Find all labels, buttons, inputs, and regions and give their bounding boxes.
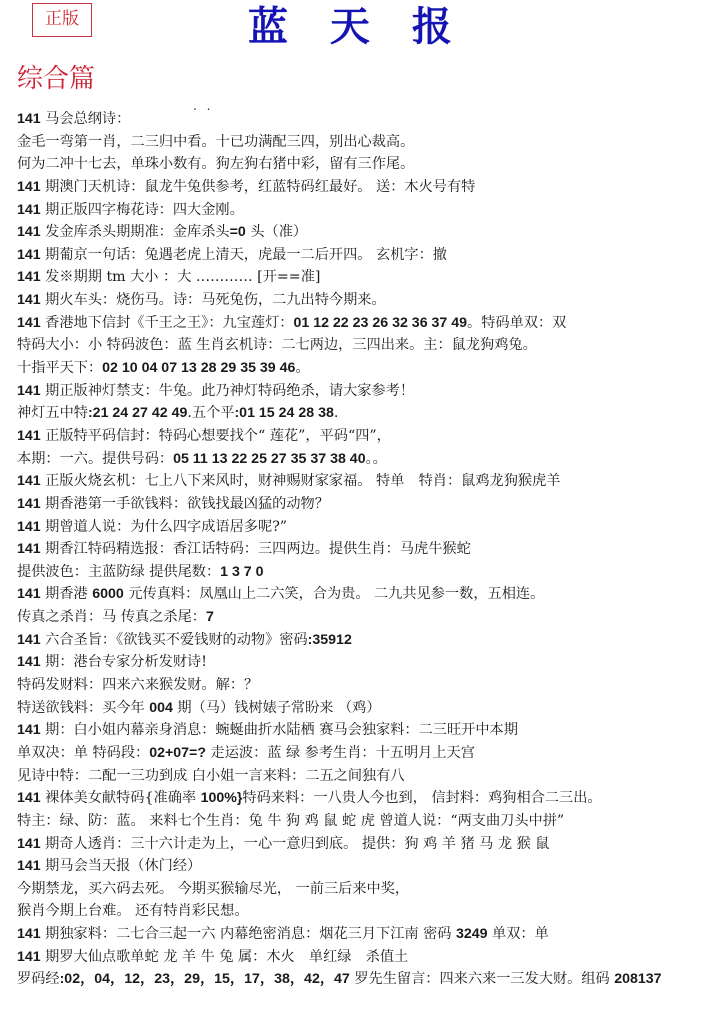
text-line: 特码大小：小 特码波色：蓝 生肖玄机诗：二七两边，三四出来。主：鼠龙狗鸡兔。 bbox=[17, 334, 717, 357]
text-line: 见诗中特：二配一三功到成 白小姐一言来料：二五之间独有八 bbox=[17, 765, 717, 788]
text-line: 141 裸体美女献特码{准确率 100%}特码来料：一八贵人今也到， 信封料：鸡… bbox=[17, 787, 717, 810]
text-line: 何为二冲十七去，单珠小数有。狗左狗右猪中彩，留有三作尾。 bbox=[17, 153, 717, 176]
text-line: 141 发金库杀头期期准：金库杀头=0 头（准） bbox=[17, 221, 717, 244]
text-line: 141 期奇人透肖：三十六计走为上，一心一意归到底。 提供：狗 鸡 羊 猪 马 … bbox=[17, 833, 717, 856]
text-line: 141 期正版神灯禁支：牛兔。此乃神灯特码绝杀，请大家参考！ bbox=[17, 380, 717, 403]
content-body: 141 马会总纲诗：金毛一弯第一肖，二三归中看。十已功满配三四，别出心裁高。何为… bbox=[17, 108, 717, 991]
text-line: 141 发※期期 tm 大小 ：大 ………… [开==准] bbox=[17, 266, 717, 289]
page-title: 蓝 天 报 bbox=[248, 2, 448, 54]
text-line: 141 期：白小姐内幕亲身消息：蜿蜒曲折水陆栖 赛马会独家料：二三旺开中本期 bbox=[17, 719, 717, 742]
text-line: 特码发财料：四来六来猴发财。解：？ bbox=[17, 674, 717, 697]
text-line: 猴肖今期上台难。 还有特肖彩民想。 bbox=[17, 900, 717, 923]
text-line: 特主：绿、防：蓝。 来料七个生肖：兔 牛 狗 鸡 鼠 蛇 虎 曾道人说：“两支曲… bbox=[17, 810, 717, 833]
text-line: 141 香港地下信封《千王之王》：九宝莲灯：01 12 22 23 26 32 … bbox=[17, 312, 717, 335]
text-line: 141 期香江特码精选报：香江话特码：三四两边。提供生肖：马虎牛猴蛇 bbox=[17, 538, 717, 561]
text-line: 141 期火车头：烧伤马。诗：马死兔伤，二九出特今期来。 bbox=[17, 289, 717, 312]
text-line: 141 期独家料：二七合三起一六 内幕绝密消息：烟花三月下江南 密码 3249 … bbox=[17, 923, 717, 946]
authentic-edition-badge: 正版 bbox=[32, 3, 92, 37]
text-line: 传真之杀肖：马 传真之杀尾：7 bbox=[17, 606, 717, 629]
text-line: 141 期澳门天机诗：鼠龙牛兔供参考，红蓝特码红最好。 送：木火号有特 bbox=[17, 176, 717, 199]
text-line: 141 马会总纲诗： bbox=[17, 108, 717, 131]
text-line: 单双决：单 特码段：02+07=? 走运波：蓝 绿 参考生肖：十五明月上天宫 bbox=[17, 742, 717, 765]
text-line: 141 期罗大仙点歌单蛇 龙 羊 牛 兔 属：木火 单红绿 杀值土 bbox=[17, 946, 717, 969]
text-line: 141 期正版四字梅花诗：四大金刚。 bbox=[17, 199, 717, 222]
text-line: 141 期香港第一手欲钱料：欲钱找最凶猛的动物？ bbox=[17, 493, 717, 516]
text-line: 神灯五中特:21 24 27 42 49.五个平:01 15 24 28 38. bbox=[17, 402, 717, 425]
text-line: 141 六合圣旨：《欲钱买不爱钱财的动物》密码:35912 bbox=[17, 629, 717, 652]
text-line: 141 期曾道人说：为什么四字成语居多呢?” bbox=[17, 516, 717, 539]
text-line: 141 期马会当天报（休门经） bbox=[17, 855, 717, 878]
section-heading: 综合篇 bbox=[17, 62, 95, 96]
text-line: 141 期葡京一句话：兔遇老虎上清天，虎最一二后开四。 玄机字：撤 bbox=[17, 244, 717, 267]
text-line: 141 期：港台专家分析发财诗! bbox=[17, 651, 717, 674]
text-line: 金毛一弯第一肖，二三归中看。十已功满配三四，别出心裁高。 bbox=[17, 131, 717, 154]
text-line: 本期：一六。提供号码：05 11 13 22 25 27 35 37 38 40… bbox=[17, 448, 717, 471]
text-line: 特送欲钱料：买今年 004 期（马）钱树婊子常盼来 （鸡） bbox=[17, 697, 717, 720]
text-line: 141 正版火烧玄机：七上八下来风时，财神赐财家家福。 特单 特肖：鼠鸡龙狗猴虎… bbox=[17, 470, 717, 493]
text-line: 今期禁龙，买六码去死。 今期买猴输尽光， 一前三后来中奖， bbox=[17, 878, 717, 901]
text-line: 罗码经:02，04，12，23，29，15，17，38，42，47 罗先生留言：… bbox=[17, 968, 717, 991]
text-line: 141 期香港 6000 元传真料：凤凰山上二六笑，合为贵。 二九共见参一数，五… bbox=[17, 583, 717, 606]
text-line: 十指平天下：02 10 04 07 13 28 29 35 39 46。 bbox=[17, 357, 717, 380]
text-line: 提供波色：主蓝防绿 提供尾数：1 3 7 0 bbox=[17, 561, 717, 584]
text-line: 141 正版特平码信封：特码心想要找个“ 莲花”，平码“四”， bbox=[17, 425, 717, 448]
